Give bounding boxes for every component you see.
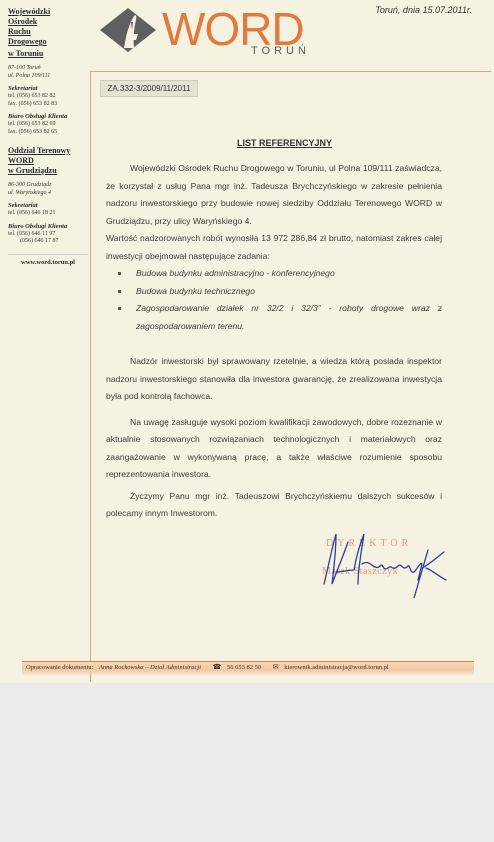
hq-address-line: 87-100 Toruń bbox=[8, 64, 88, 72]
hq-customer-office-fax: fax. (056) 653 82 65 bbox=[8, 129, 88, 137]
branch-address: 86-300 Grudziądz ul. Waryńskiego 4 bbox=[8, 181, 88, 197]
paragraph-supervision: Nadzór inwestorski był sprawowany rzetel… bbox=[106, 353, 442, 406]
word-torun-logo: WORD TORUŃ bbox=[98, 4, 308, 60]
hq-name-line: Drogowego bbox=[8, 37, 88, 47]
document-footer: Opracowanie dokumentu: Anna Rockowska – … bbox=[22, 661, 474, 676]
branch-name-line: WORD bbox=[8, 156, 88, 166]
hq-name-line: Ośrodek bbox=[8, 17, 88, 27]
hq-name-line: w Toruniu bbox=[8, 49, 88, 59]
sidebar-divider bbox=[8, 254, 88, 255]
footer-label: Opracowanie dokumentu: bbox=[22, 664, 93, 671]
hq-name-line: Wojewódzki bbox=[8, 7, 88, 17]
branch-name-line: w Grudziądzu bbox=[8, 166, 88, 176]
branch-customer-office-label: Biuro Obsługi Klienta bbox=[8, 223, 88, 231]
hq-secretariat-fax: fax. (056) 653 82 83 bbox=[8, 101, 88, 109]
website-link[interactable]: www.word.torun.pl bbox=[8, 259, 88, 266]
branch-customer-office-phone: tel. (056) 646 11 97 bbox=[8, 231, 88, 239]
branch-name: Oddział Terenowy WORD w Grudziądzu bbox=[8, 146, 88, 176]
footer-author: Anna Rockowska – Dział Administracji bbox=[99, 664, 201, 671]
hq-name: Wojewódzki Ośrodek Ruchu Drogowego w Tor… bbox=[8, 7, 88, 59]
hq-name-line: Ruchu bbox=[8, 27, 88, 37]
task-item: Zagospodarowanie działek nr 32/2 i 32/3"… bbox=[136, 300, 442, 335]
hq-secretariat-label: Sekretariat bbox=[8, 85, 88, 93]
task-item: Budowa budynku administracyjno - konfere… bbox=[136, 265, 442, 283]
branch-address-line: ul. Waryńskiego 4 bbox=[8, 189, 88, 197]
footer-phone: 56 653 82 50 bbox=[227, 664, 261, 671]
letter-page: Wojewódzki Ośrodek Ruchu Drogowego w Tor… bbox=[0, 0, 494, 683]
branch-secretariat-phone: tel. (056) 646 18 21 bbox=[8, 210, 88, 218]
envelope-icon: ✉ bbox=[273, 663, 279, 671]
sidebar-contact-info: Wojewódzki Ośrodek Ruchu Drogowego w Tor… bbox=[8, 7, 88, 266]
phone-icon: ☎ bbox=[213, 663, 222, 671]
task-list: Budowa budynku administracyjno - konfere… bbox=[106, 265, 442, 335]
hq-address: 87-100 Toruń ul. Polna 109/111 bbox=[8, 64, 88, 80]
letter-body: Wojewódzki Ośrodek Ruchu Drogowego w Tor… bbox=[106, 160, 442, 523]
letter-date: Toruń, dnia 15.07.2011r. bbox=[375, 5, 472, 15]
hq-customer-office-phone: tel. (056) 653 82 69 bbox=[8, 121, 88, 129]
branch-customer-office-phone-2: (056) 646 17 87 bbox=[8, 238, 88, 246]
task-item: Budowa budynku technicznego bbox=[136, 283, 442, 301]
paragraph-certification: Wojewódzki Ośrodek Ruchu Drogowego w Tor… bbox=[106, 160, 442, 230]
road-diamond-logo-icon bbox=[100, 8, 156, 52]
paragraph-value: Wartość nadzorowanych robót wynosiła 13 … bbox=[106, 230, 442, 265]
reference-number: ZA.332-3/2009/11/2011 bbox=[100, 80, 198, 97]
paragraph-wishes: Życzymy Panu mgr inż. Tadeuszowi Brychcz… bbox=[106, 488, 442, 523]
footer-email-link[interactable]: kierownik.administracja@word.torun.pl bbox=[284, 664, 388, 671]
branch-address-line: 86-300 Grudziądz bbox=[8, 181, 88, 189]
logo-city-text: TORUŃ bbox=[251, 45, 310, 57]
hq-customer-office-label: Biuro Obsługi Klienta bbox=[8, 113, 88, 121]
hq-address-line: ul. Polna 109/111 bbox=[8, 72, 88, 80]
branch-secretariat-label: Sekretariat bbox=[8, 202, 88, 210]
hq-secretariat-phone: tel. (056) 653 82 82 bbox=[8, 93, 88, 101]
paragraph-qualifications: Na uwagę zasługuje wysoki poziom kwalifi… bbox=[106, 414, 442, 484]
handwritten-signature-icon bbox=[318, 528, 466, 598]
letter-title: LIST REFERENCYJNY bbox=[237, 138, 332, 148]
branch-name-line: Oddział Terenowy bbox=[8, 146, 88, 156]
